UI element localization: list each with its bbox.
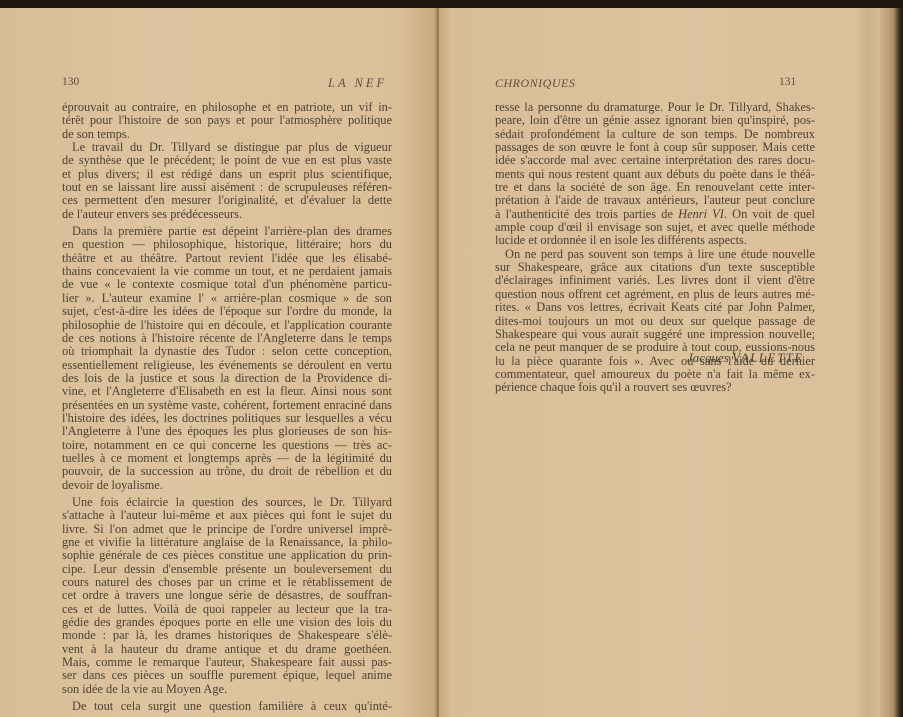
text-line: dites-moi toujours un mot ou deux sur qu…	[495, 315, 815, 328]
text-line: s'attache à l'auteur lui-même et aux piè…	[62, 509, 392, 522]
text-line: passages de son œuvre le font à coup sûr…	[495, 141, 815, 154]
text-line: de l'auteur envers ses prédécesseurs.	[62, 208, 392, 221]
text-line: gédie des grandes époques porte en elle …	[62, 616, 392, 629]
author-signature: Jacques VALLETTE	[687, 350, 804, 366]
text-line: Shakespeare qui vous aurait suggéré une …	[495, 328, 815, 341]
text-line: philosophie de l'histoire qui en découle…	[62, 319, 392, 332]
body-text: éprouvait au contraire, en philosophe et…	[62, 101, 392, 713]
text-line: Mais, comme le remarque l'auteur, Shakes…	[62, 656, 392, 669]
author-last-name: VALLETTE	[732, 350, 804, 365]
text-line: resse la personne du dramaturge. Pour le…	[495, 101, 815, 114]
text-line: d'éclairages infiniment variés. Les livr…	[495, 274, 815, 287]
text-line: à l'authenticité des trois parties de He…	[495, 208, 815, 221]
text-line: lier ». L'auteur examine l' « arrière-pl…	[62, 292, 392, 305]
right-page: CHRONIQUES 131 resse la personne du dram…	[439, 8, 881, 717]
text-line: lucide et ordonnée il en isole les diffé…	[495, 234, 815, 247]
text-line: gne et vivifie la littérature anglaise d…	[62, 536, 392, 549]
text-line: des lois de la justice et sous la direct…	[62, 372, 392, 385]
page-number: 131	[779, 76, 796, 88]
text-line: On ne perd pas souvent son temps à lire …	[495, 248, 815, 261]
text-line: question nous offrent cet agrément, en p…	[495, 288, 815, 301]
text-line: commentateur, quel amoureux du poète n'a…	[495, 368, 815, 381]
text-line: thains concevaient la vie comme un tout,…	[62, 265, 392, 278]
text-line: tuelles à ce moment et longtemps après —…	[62, 452, 392, 465]
text-line: vent à la hauteur du drame antique et du…	[62, 643, 392, 656]
text-line: sujet, c'est-à-dire les idées de l'époqu…	[62, 305, 392, 318]
text-line: toire, notamment en ce qui concerne les …	[62, 439, 392, 452]
text-line: tre et dans la société de son âge. En re…	[495, 181, 815, 194]
text-line: vine, et l'Angleterre d'Elisabeth en est…	[62, 385, 392, 398]
text-line: son idée de la vie au Moyen Age.	[62, 683, 392, 696]
text-line: Le travail du Dr. Tillyard se distingue …	[62, 141, 392, 154]
text-line: Une fois éclaircie la question des sourc…	[62, 496, 392, 509]
text-line: de vue « le contexte cosmique total d'un…	[62, 278, 392, 291]
running-head: CHRONIQUES	[495, 76, 575, 91]
text-line: l'histoire des idées, les doctrines poli…	[62, 412, 392, 425]
text-line: ample coup d'œil il envisage son sujet, …	[495, 221, 815, 234]
text-line: de ces notions à l'histoire récente de l…	[62, 332, 392, 345]
text-line: ces permettent d'en mesurer l'originalit…	[62, 194, 392, 207]
text-line: ser dans ces pièces un souffle purement …	[62, 669, 392, 682]
text-line: livre. Si l'on admet que le principe de …	[62, 523, 392, 536]
text-line: de son temps.	[62, 128, 392, 141]
text-line: où triomphait la dynastie des Tudor : se…	[62, 345, 392, 358]
text-line: l'Angleterre à l'une des époques les plu…	[62, 425, 392, 438]
work-title: Henri VI	[678, 207, 724, 221]
left-page: 130 LA NEF éprouvait au contraire, en ph…	[0, 8, 437, 717]
text-line: en question — philosophique, historique,…	[62, 238, 392, 251]
text-line: essentiellement religieuse, les événemen…	[62, 359, 392, 372]
text-line: Dans la première partie est dépeint l'ar…	[62, 225, 392, 238]
text-line: ments qui nous restent quant aux débuts …	[495, 168, 815, 181]
text-line: de synthèse que le précédent; le point d…	[62, 154, 392, 167]
text-line: idée s'accorde mal avec certaine interpr…	[495, 154, 815, 167]
text-line: tout en se laissant lire aussi aisément …	[62, 181, 392, 194]
text-line: devoir de loyalisme.	[62, 479, 392, 492]
page-edges	[880, 8, 903, 717]
text-line: ces et de luttes. Voilà de quoi rappeler…	[62, 603, 392, 616]
text-line: cet ordre à travers une longue série de …	[62, 589, 392, 602]
text-line: éprouvait au contraire, en philosophe et…	[62, 101, 392, 114]
page-number: 130	[62, 76, 79, 88]
text-line: monde : par là, les drames historiques d…	[62, 629, 392, 642]
text-line: présentées en un système vaste, cohérent…	[62, 399, 392, 412]
text-line: rites. « Dans vos lettres, écrivait Keat…	[495, 301, 815, 314]
author-first-name: Jacques	[687, 350, 729, 365]
text-line: théâtre et au théâtre. Partout revient l…	[62, 252, 392, 265]
text-line: cipe. Leur dessin d'ensemble présente un…	[62, 563, 392, 576]
text-line: prétation à l'aide de travaux antérieurs…	[495, 194, 815, 207]
text-line: cours naturel des choses par un crime et…	[62, 576, 392, 589]
text-line: pouvoir, de la succession au trône, du d…	[62, 465, 392, 478]
text-line: sur Shakespeare, grâce aux citations d'u…	[495, 261, 815, 274]
text-line: peare, loin d'être un génie assez ignora…	[495, 114, 815, 127]
text-line: sophie générale de ces pièces constitue …	[62, 549, 392, 562]
text-line: De tout cela surgit une question familiè…	[62, 700, 392, 713]
running-head: LA NEF	[328, 76, 387, 91]
text-line: sédait profondément la culture de son te…	[495, 128, 815, 141]
text-line: térêt pour l'histoire de son pays et pou…	[62, 114, 392, 127]
text-line: périence chaque fois qu'il a rouvert ses…	[495, 381, 815, 394]
text-line: et plus divers; il est rédigé dans un es…	[62, 168, 392, 181]
